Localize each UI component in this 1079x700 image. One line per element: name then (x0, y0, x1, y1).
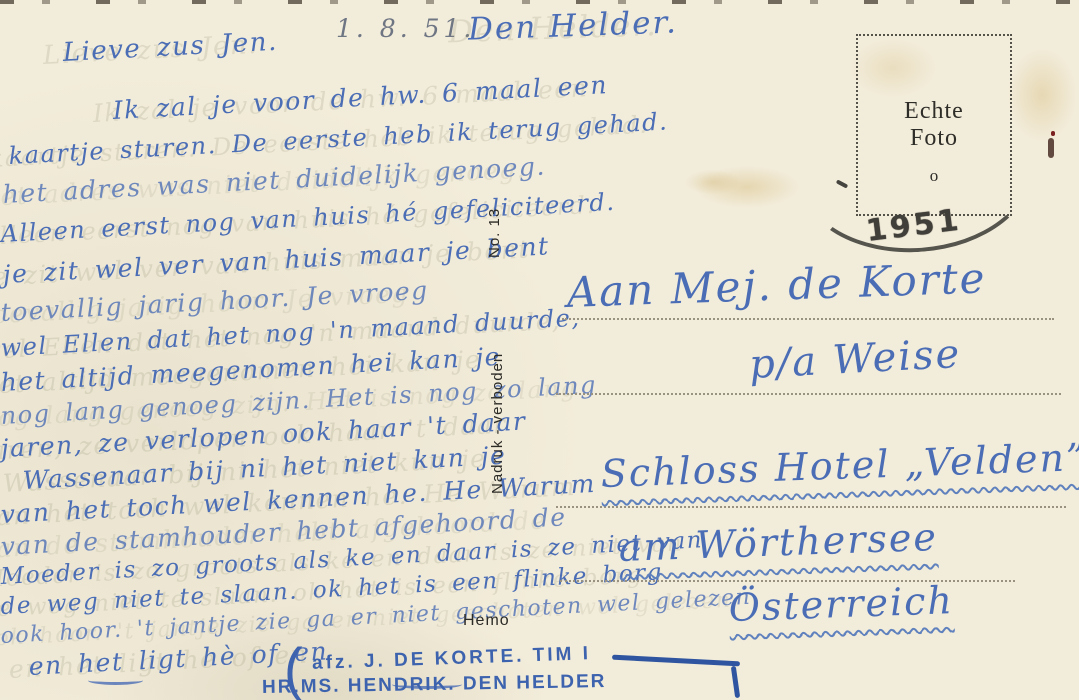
flourish-stroke (88, 676, 143, 685)
postcard-back: 1. 8. 51. Den Helder. Lieve zus Jen. Ik … (0, 0, 1079, 700)
address-line: Aan Mej. de Korte (566, 253, 987, 317)
address-line: p/a Weise (748, 331, 962, 388)
ink-speck (1051, 131, 1055, 136)
place-text: Den Helder. (467, 4, 678, 47)
address-line: am Wörthersee (618, 515, 939, 570)
address-rule (562, 318, 1054, 320)
publisher-imprint: Hemo (463, 612, 510, 630)
sender-line: HR.MS. HENDRIK. DEN HELDER (262, 671, 607, 699)
message-line: kaartje sturen. De eerste heb ik terug g… (8, 107, 669, 170)
scan-edge-artifact (0, 0, 1079, 4)
sender-line: afz. J. DE KORTE. TIM I (312, 643, 592, 675)
address-line: Österreich (728, 578, 955, 630)
copyright-imprint: Nadruk - verboden (489, 308, 506, 494)
sender-bracket-right (731, 666, 740, 698)
address-rule (556, 393, 1061, 395)
sender-underline-stroke (612, 655, 740, 667)
address-rule (556, 506, 1066, 508)
date-text: 1. 8. 51. (336, 14, 475, 43)
address-line: Schloss Hotel „Velden” (600, 435, 1079, 496)
series-number-imprint: No. 13 (486, 192, 503, 258)
message-line: Lieve zus Jen. (62, 27, 278, 68)
ink-speck (1048, 138, 1054, 158)
